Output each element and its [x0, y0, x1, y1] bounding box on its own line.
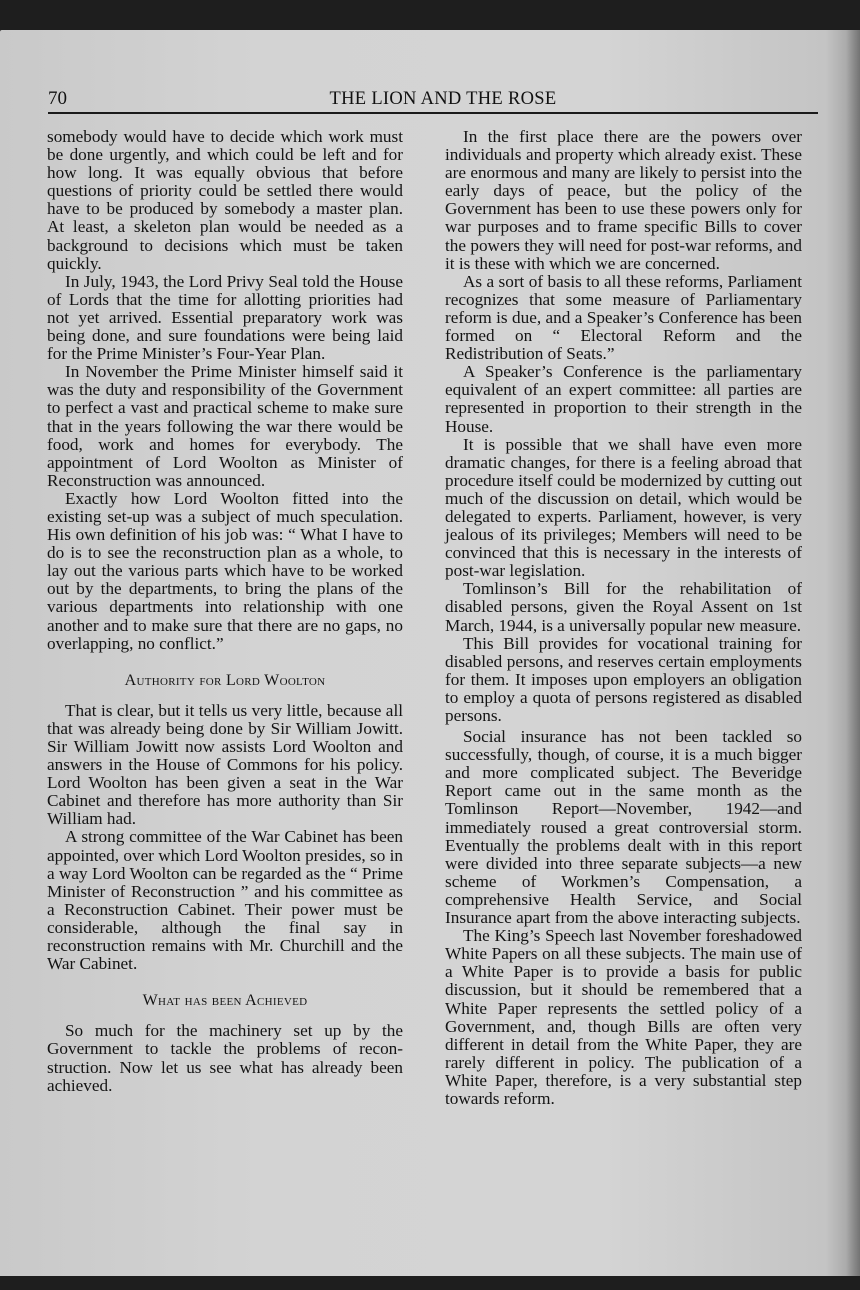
paragraph: Tomlinson’s Bill for the rehabilitation …	[445, 580, 802, 634]
paragraph: It is possible that we shall have even m…	[445, 436, 802, 581]
book-page: 70 THE LION AND THE ROSE somebody would …	[0, 30, 860, 1276]
paragraph: In the first place there are the powers …	[445, 128, 802, 273]
right-column: In the first place there are the powers …	[445, 128, 802, 1108]
paragraph: That is clear, but it tells us very litt…	[47, 702, 403, 829]
paragraph: So much for the machinery set up by the …	[47, 1022, 403, 1094]
paragraph: A strong committee of the War Cabinet ha…	[47, 828, 403, 973]
paragraph: A Speaker’s Conference is the parliamen­…	[445, 363, 802, 435]
running-title: THE LION AND THE ROSE	[48, 89, 818, 110]
paragraph: Social insurance has not been tackled so…	[445, 728, 802, 927]
paragraph: somebody would have to decide which work…	[47, 128, 403, 273]
paragraph: The King’s Speech last November fore­sha…	[445, 927, 802, 1108]
section-heading-authority: Authority for Lord Woolton	[47, 672, 403, 690]
running-head: 70 THE LION AND THE ROSE	[48, 86, 818, 114]
paragraph: As a sort of basis to all these reforms,…	[445, 273, 802, 363]
paragraph: In November the Prime Minister himself s…	[47, 363, 403, 490]
section-heading-achieved: What has been Achieved	[47, 992, 403, 1010]
left-column: somebody would have to decide which work…	[47, 128, 403, 1095]
paragraph: Exactly how Lord Woolton fitted into the…	[47, 490, 403, 653]
paragraph: This Bill provides for vocational traini…	[445, 635, 802, 725]
paragraph: In July, 1943, the Lord Privy Seal told …	[47, 273, 403, 363]
